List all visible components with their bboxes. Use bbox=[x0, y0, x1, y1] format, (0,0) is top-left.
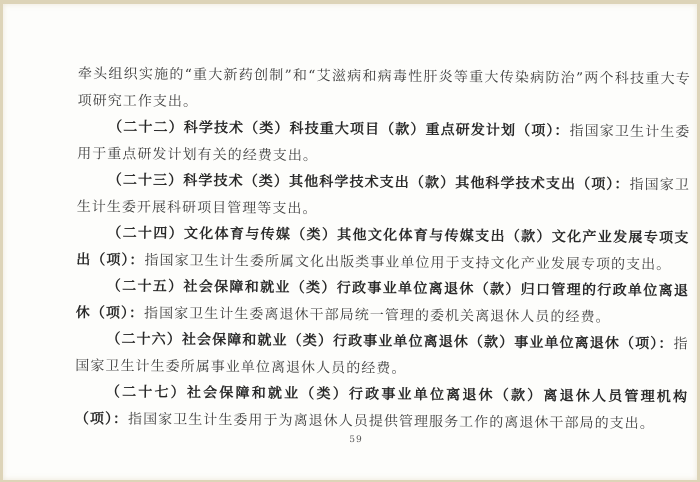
clause-explanation: 牵头组织实施的“重大新药创制”和“艾滋病和病毒性肝炎等重大传染病防治”两个科技重… bbox=[78, 66, 691, 110]
clause-heading: （二十六）社会保障和就业（类）行政事业单位离退休（款）事业单位离退休（项）： bbox=[106, 331, 673, 352]
paragraph: （二十五）社会保障和就业（类）行政事业单位离退休（款）归口管理的行政单位离退休（… bbox=[76, 273, 689, 331]
clause-explanation: 指国家卫生计生委离退休干部局统一管理的委机关离退休人员的经费。 bbox=[144, 305, 611, 325]
paragraph: （二十六）社会保障和就业（类）行政事业单位离退休（款）事业单位离退休（项）：指国… bbox=[75, 326, 688, 384]
document-page: 牵头组织实施的“重大新药创制”和“艾滋病和病毒性肝炎等重大传染病防治”两个科技重… bbox=[3, 4, 697, 480]
scan-frame: 牵头组织实施的“重大新药创制”和“艾滋病和病毒性肝炎等重大传染病防治”两个科技重… bbox=[0, 0, 700, 482]
page-number: 59 bbox=[343, 435, 369, 445]
clause-heading: （二十二）科学技术（类）科技重大项目（款）重点研发计划（项）： bbox=[108, 119, 569, 139]
clause-explanation: 指国家卫生计生委所属文化出版类事业单位用于支持文化产业发展专项的支出。 bbox=[144, 252, 671, 273]
paragraph: （二十三）科学技术（类）其他科学技术支出（款）其他科学技术支出（项）：指国家卫生… bbox=[77, 167, 690, 225]
paragraph: （二十四）文化体育与传媒（类）其他文化体育与传媒支出（款）文化产业发展专项支出（… bbox=[76, 220, 689, 278]
clause-explanation: 指国家卫生计生委用于为离退休人员提供管理服务工作的离退休干部局的支出。 bbox=[128, 411, 655, 432]
document-text-block: 牵头组织实施的“重大新药创制”和“艾滋病和病毒性肝炎等重大传染病防治”两个科技重… bbox=[75, 61, 691, 437]
paragraph: （二十二）科学技术（类）科技重大项目（款）重点研发计划（项）：指国家卫生计生委用… bbox=[77, 114, 690, 172]
paragraph: 牵头组织实施的“重大新药创制”和“艾滋病和病毒性肝炎等重大传染病防治”两个科技重… bbox=[78, 61, 691, 119]
clause-heading: （二十三）科学技术（类）其他科学技术支出（款）其他科学技术支出（项）： bbox=[108, 172, 630, 193]
paragraph: （二十七）社会保障和就业（类）行政事业单位离退休（款）离退休人员管理机构（项）：… bbox=[75, 379, 688, 437]
